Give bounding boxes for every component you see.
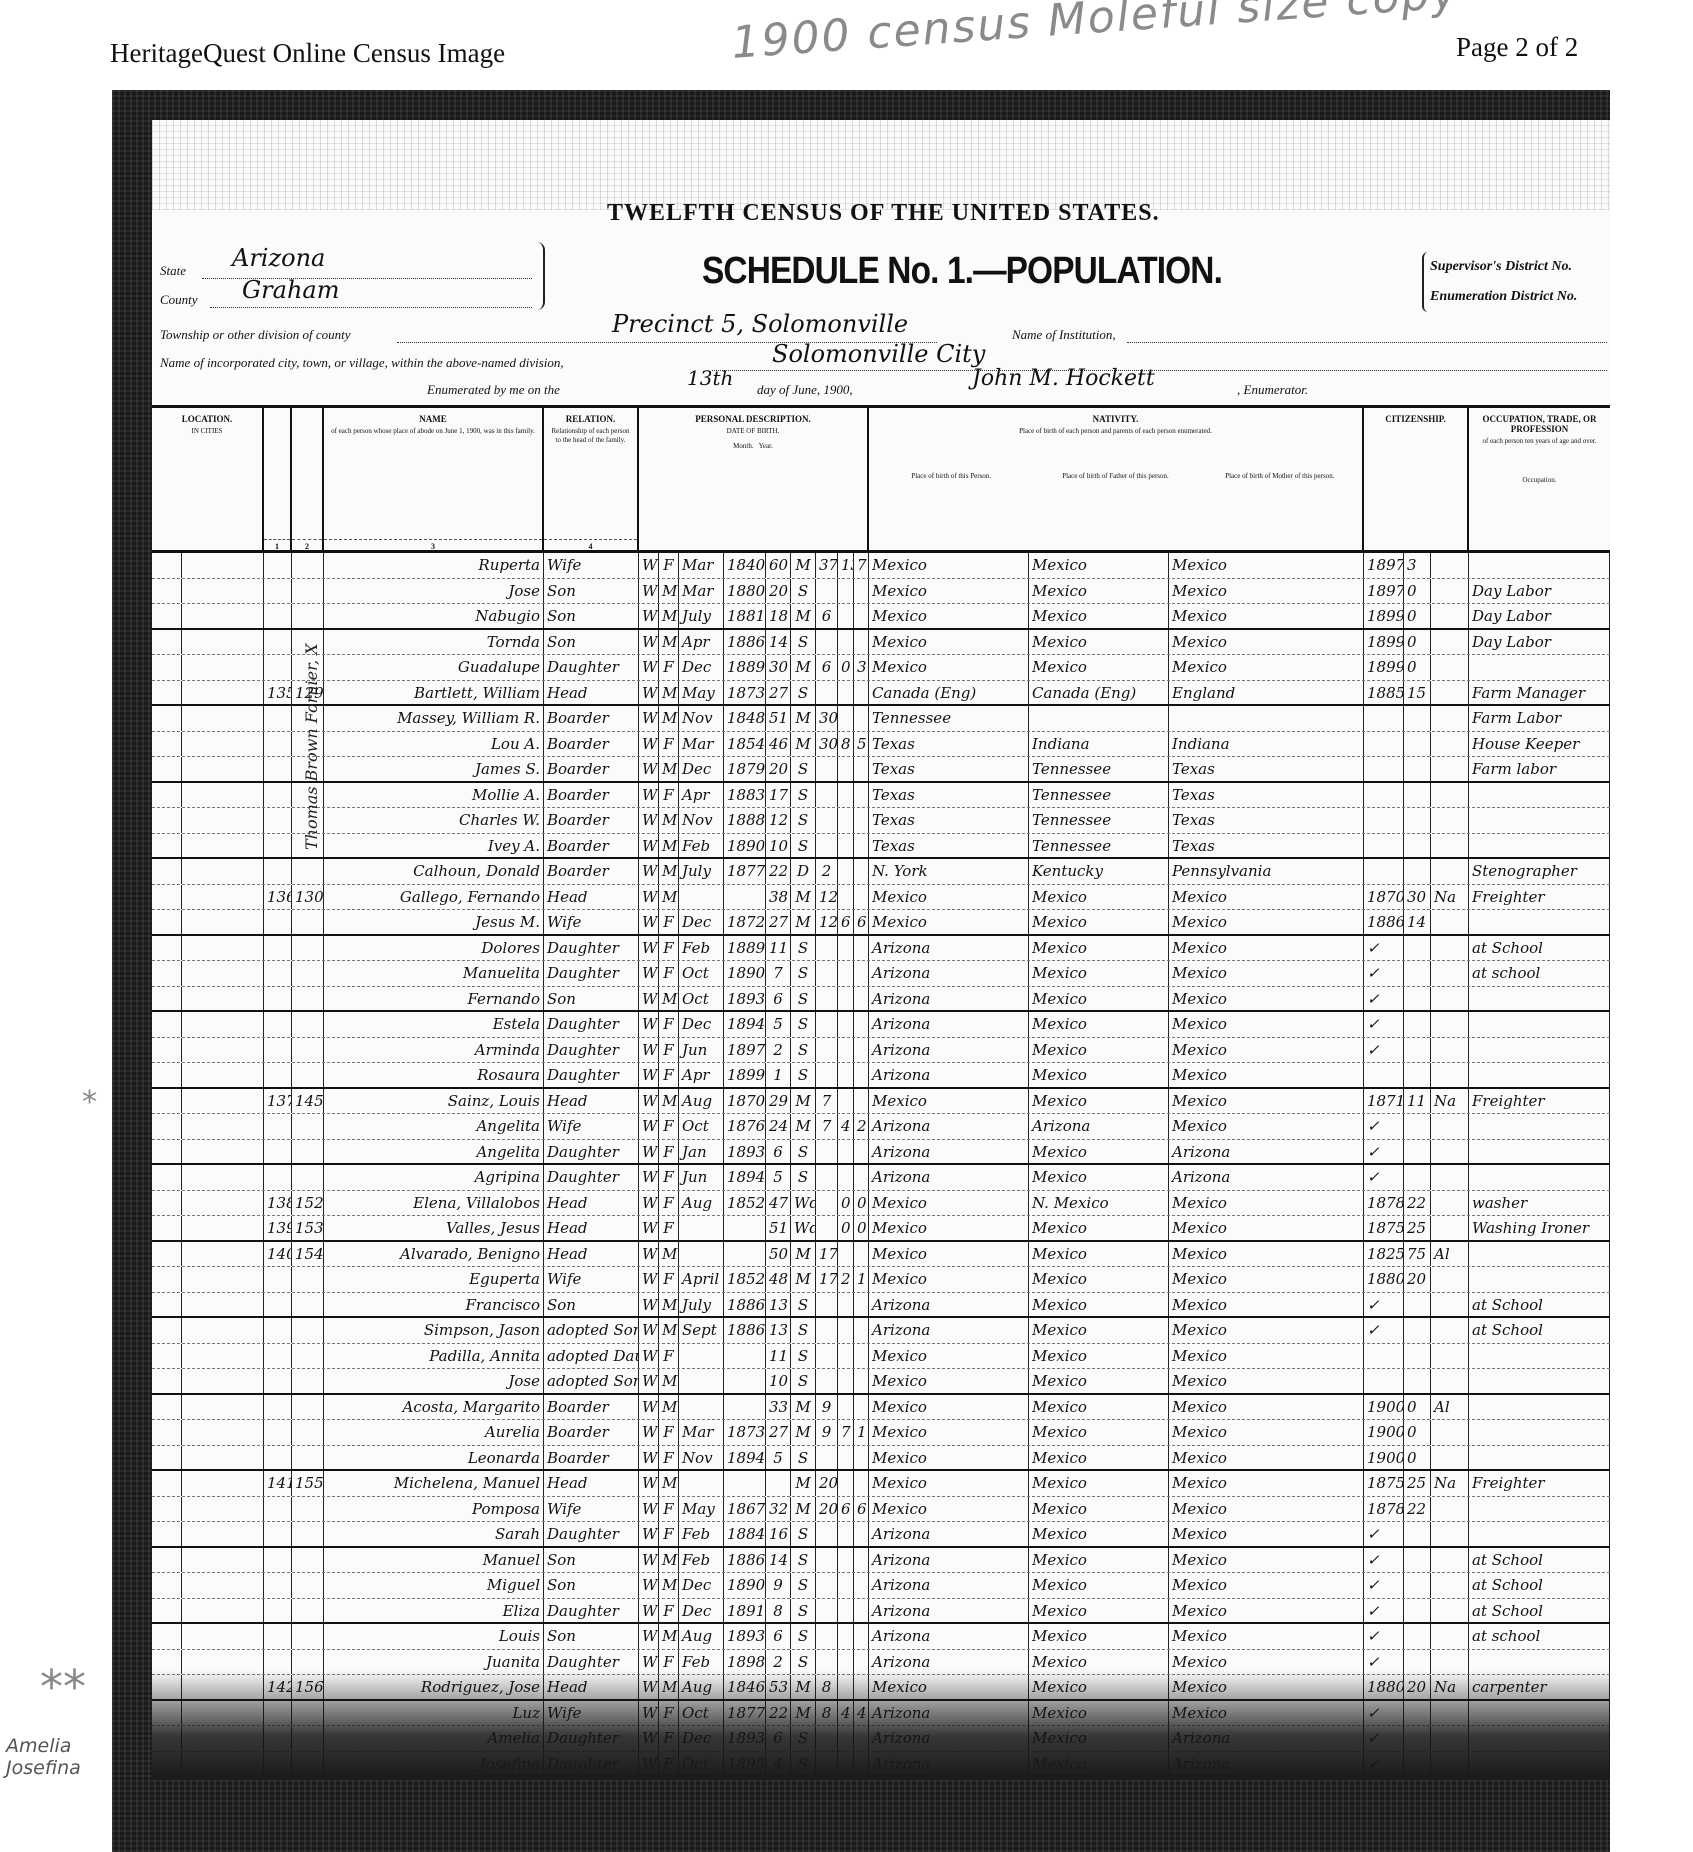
- cell-age: 51: [766, 706, 791, 731]
- cell-blank2: [182, 1293, 264, 1317]
- cell-sex: F: [659, 1420, 679, 1445]
- cell-birth-person: Mexico: [869, 655, 1029, 680]
- table-row: DoloresDaughterWFFeb188911SArizonaMexico…: [152, 936, 1610, 962]
- cell-age: 46: [766, 732, 791, 757]
- cell-years-married: 30: [816, 732, 838, 757]
- cell-age: 2: [766, 1038, 791, 1063]
- cell-relation: Daughter: [544, 1140, 639, 1164]
- cell-relation: Daughter: [544, 1012, 639, 1037]
- cell-occupation: [1469, 783, 1610, 808]
- cell-blank2: [182, 1318, 264, 1343]
- cell-age: 10: [766, 834, 791, 858]
- cell-age: 20: [766, 579, 791, 604]
- cell-color: W: [639, 655, 659, 680]
- cell-occupation: [1469, 1446, 1610, 1470]
- cell-age: 5: [766, 1165, 791, 1190]
- cell-marital: S: [791, 1165, 816, 1190]
- cell-years-us: 3: [1404, 553, 1431, 578]
- cell-birth-person: Arizona: [869, 1548, 1029, 1573]
- cell-immig: [1364, 1063, 1404, 1087]
- cell-occupation: [1469, 987, 1610, 1011]
- cell-occupation: House Keeper: [1469, 732, 1610, 757]
- cell-immig: ✓: [1364, 1165, 1404, 1190]
- cell-month: [679, 1395, 724, 1420]
- cell-immig: 1897: [1364, 579, 1404, 604]
- cell-children-living: [854, 1395, 869, 1420]
- cell-years-married: [816, 757, 838, 781]
- population-table: LOCATION.IN CITIES 1 2 NAMEof each perso…: [152, 405, 1610, 1780]
- cell-birth-father: Mexico: [1029, 1012, 1169, 1037]
- name-cell: Jose: [324, 1369, 544, 1393]
- cell-color: W: [639, 1522, 659, 1546]
- cell-birth-person: Mexico: [869, 630, 1029, 655]
- cell-children-born: [838, 1548, 854, 1573]
- cell-years-married: 30: [816, 706, 838, 731]
- name-cell: Ivey A.: [324, 834, 544, 858]
- col-location: LOCATION.IN CITIES: [152, 408, 264, 553]
- cell-age: 14: [766, 630, 791, 655]
- cell-blank2: [182, 1114, 264, 1139]
- cell-birth-mother: Mexico: [1169, 885, 1364, 910]
- cell-family: [292, 1446, 324, 1470]
- cell-natz: [1431, 1267, 1469, 1292]
- name-cell: Francisco: [324, 1293, 544, 1317]
- cell-birth-father: Arizona: [1029, 1114, 1169, 1139]
- enumerator-label: , Enumerator.: [1237, 382, 1308, 398]
- cell-blank2: [182, 961, 264, 986]
- cell-immig: ✓: [1364, 987, 1404, 1011]
- cell-years-married: 6: [816, 604, 838, 628]
- cell-years-married: [816, 1573, 838, 1598]
- cell-color: W: [639, 1038, 659, 1063]
- cell-years-married: [816, 808, 838, 833]
- cell-relation: Head: [544, 681, 639, 705]
- cell-age: 50: [766, 1242, 791, 1267]
- cell-family: [292, 1165, 324, 1190]
- cell-birth-father: Mexico: [1029, 910, 1169, 934]
- col-occupation: OCCUPATION, TRADE, OR PROFESSIONof each …: [1469, 408, 1610, 553]
- cell-immig: 1900: [1364, 1446, 1404, 1470]
- township-label: Township or other division of county: [160, 327, 351, 343]
- cell-month: Dec: [679, 1599, 724, 1623]
- cell-color: W: [639, 783, 659, 808]
- cell-birth-person: Tennessee: [869, 706, 1029, 731]
- cell-natz: [1431, 1293, 1469, 1317]
- cell-color: W: [639, 834, 659, 858]
- table-row: TorndaSonWMApr188614SMexicoMexicoMexico1…: [152, 630, 1610, 656]
- cell-relation: adopted Son: [544, 1369, 639, 1393]
- table-row: EstelaDaughterWFDec18945SArizonaMexicoMe…: [152, 1012, 1610, 1038]
- table-row: AngelitaWifeWFOct187624M742ArizonaArizon…: [152, 1114, 1610, 1140]
- county-line: [210, 307, 532, 308]
- cell-children-born: 4: [838, 1114, 854, 1139]
- cell-sex: F: [659, 1012, 679, 1037]
- cell-dwelling: 139: [264, 1216, 292, 1240]
- cell-children-living: [854, 961, 869, 986]
- cell-children-living: 7: [854, 553, 869, 578]
- cell-birth-mother: Mexico: [1169, 1114, 1364, 1139]
- cell-blank1: [152, 1114, 182, 1139]
- cell-blank2: [182, 1140, 264, 1164]
- cell-birth-father: [1029, 706, 1169, 731]
- cell-family: [292, 604, 324, 628]
- cell-age: 5: [766, 1012, 791, 1037]
- cell-years-married: [816, 681, 838, 705]
- cell-years-married: 6: [816, 655, 838, 680]
- cell-birth-father: Mexico: [1029, 1140, 1169, 1164]
- cell-birth-mother: Mexico: [1169, 1624, 1364, 1649]
- cell-sex: F: [659, 1191, 679, 1216]
- cell-family: [292, 1114, 324, 1139]
- cell-children-living: 5: [854, 732, 869, 757]
- cell-month: July: [679, 1293, 724, 1317]
- cell-age: 30: [766, 655, 791, 680]
- cell-marital: Wd: [791, 1191, 816, 1216]
- cell-occupation: [1469, 910, 1610, 934]
- cell-blank2: [182, 885, 264, 910]
- cell-dwelling: [264, 1522, 292, 1546]
- cell-children-born: 0: [838, 1216, 854, 1240]
- cell-blank2: [182, 1012, 264, 1037]
- cell-occupation: [1469, 1140, 1610, 1164]
- cell-sex: F: [659, 1267, 679, 1292]
- table-row: LeonardaBoarderWFNov18945SMexicoMexicoMe…: [152, 1446, 1610, 1472]
- enumerated-label: Enumerated by me on the: [427, 382, 560, 398]
- cell-years-us: 0: [1404, 1446, 1431, 1470]
- cell-family: [292, 1318, 324, 1343]
- cell-month: Aug: [679, 1624, 724, 1649]
- cell-dwelling: [264, 1548, 292, 1573]
- cell-dwelling: [264, 1267, 292, 1292]
- cell-marital: S: [791, 681, 816, 705]
- cell-age: 10: [766, 1369, 791, 1393]
- cell-years-us: 25: [1404, 1216, 1431, 1240]
- cell-natz: [1431, 732, 1469, 757]
- cell-year: 1881: [724, 604, 766, 628]
- table-row: ManuelitaDaughterWFOct18907SArizonaMexic…: [152, 961, 1610, 987]
- cell-dwelling: [264, 1497, 292, 1522]
- cell-year: 1889: [724, 936, 766, 961]
- cell-color: W: [639, 1012, 659, 1037]
- cell-immig: [1364, 783, 1404, 808]
- cell-children-born: [838, 1369, 854, 1393]
- cell-blank1: [152, 1216, 182, 1240]
- cell-children-born: [838, 1012, 854, 1037]
- table-row: 135129Bartlett, WilliamHeadWMMay187327SC…: [152, 681, 1610, 707]
- table-row: Simpson, Jasonadopted SonWMSept188613SAr…: [152, 1318, 1610, 1344]
- cell-birth-mother: Mexico: [1169, 1012, 1364, 1037]
- cell-years-married: [816, 936, 838, 961]
- cell-years-married: [816, 1522, 838, 1546]
- cell-month: Oct: [679, 987, 724, 1011]
- cell-age: 11: [766, 1344, 791, 1369]
- cell-birth-father: Mexico: [1029, 961, 1169, 986]
- cell-occupation: Farm Labor: [1469, 706, 1610, 731]
- cell-occupation: [1469, 1420, 1610, 1445]
- cell-family: [292, 910, 324, 934]
- cell-relation: Boarder: [544, 783, 639, 808]
- cell-relation: Head: [544, 1216, 639, 1240]
- cell-sex: F: [659, 783, 679, 808]
- cell-marital: S: [791, 1293, 816, 1317]
- cell-immig: ✓: [1364, 1624, 1404, 1649]
- cell-blank1: [152, 987, 182, 1011]
- cell-years-married: 12: [816, 910, 838, 934]
- cell-birth-person: Mexico: [869, 910, 1029, 934]
- name-cell: Nabugio: [324, 604, 544, 628]
- cell-blank1: [152, 834, 182, 858]
- cell-blank1: [152, 1395, 182, 1420]
- cell-blank1: [152, 706, 182, 731]
- cell-year: 1893: [724, 1624, 766, 1649]
- cell-children-born: 6: [838, 910, 854, 934]
- cell-children-born: [838, 706, 854, 731]
- cell-years-us: [1404, 1063, 1431, 1087]
- cell-immig: [1364, 859, 1404, 884]
- cell-month: Aug: [679, 1089, 724, 1114]
- cell-years-us: [1404, 1114, 1431, 1139]
- table-row: RosauraDaughterWFApr18991SArizonaMexicoM…: [152, 1063, 1610, 1089]
- cell-family: 130: [292, 885, 324, 910]
- cell-blank1: [152, 1369, 182, 1393]
- cell-sex: M: [659, 1242, 679, 1267]
- cell-occupation: Day Labor: [1469, 604, 1610, 628]
- cell-years-married: [816, 1599, 838, 1623]
- cell-color: W: [639, 1165, 659, 1190]
- cell-sex: F: [659, 655, 679, 680]
- table-row: NabugioSonWMJuly188118M6MexicoMexicoMexi…: [152, 604, 1610, 630]
- cell-month: Apr: [679, 630, 724, 655]
- cell-immig: 1878: [1364, 1497, 1404, 1522]
- cell-birth-father: N. Mexico: [1029, 1191, 1169, 1216]
- cell-relation: Head: [544, 1089, 639, 1114]
- cell-years-us: 30: [1404, 885, 1431, 910]
- cell-color: W: [639, 1063, 659, 1087]
- table-row: GuadalupeDaughterWFDec188930M603MexicoMe…: [152, 655, 1610, 681]
- cell-natz: [1431, 910, 1469, 934]
- cell-children-living: [854, 757, 869, 781]
- cell-sex: M: [659, 757, 679, 781]
- cell-color: W: [639, 1089, 659, 1114]
- cell-occupation: [1469, 1267, 1610, 1292]
- cell-sex: F: [659, 1038, 679, 1063]
- cell-birth-mother: Mexico: [1169, 1038, 1364, 1063]
- cell-marital: M: [791, 604, 816, 628]
- cell-blank2: [182, 681, 264, 705]
- cell-birth-mother: Texas: [1169, 757, 1364, 781]
- cell-children-born: [838, 604, 854, 628]
- cell-immig: ✓: [1364, 1318, 1404, 1343]
- cell-blank2: [182, 630, 264, 655]
- name-cell: Gallego, Fernando: [324, 885, 544, 910]
- cell-marital: M: [791, 553, 816, 578]
- table-row: EgupertaWifeWFApril185248M1721MexicoMexi…: [152, 1267, 1610, 1293]
- cell-natz: [1431, 987, 1469, 1011]
- cell-birth-mother: Mexico: [1169, 1369, 1364, 1393]
- cell-natz: [1431, 1165, 1469, 1190]
- cell-natz: [1431, 1446, 1469, 1470]
- cell-blank1: [152, 630, 182, 655]
- cell-birth-mother: Mexico: [1169, 1089, 1364, 1114]
- cell-years-married: 7: [816, 1089, 838, 1114]
- cell-year: 1883: [724, 783, 766, 808]
- cell-family: [292, 1344, 324, 1369]
- cell-family: [292, 961, 324, 986]
- cell-children-born: [838, 1089, 854, 1114]
- cell-dwelling: 141: [264, 1471, 292, 1496]
- cell-natz: [1431, 1624, 1469, 1649]
- cell-blank2: [182, 757, 264, 781]
- cell-birth-mother: Mexico: [1169, 553, 1364, 578]
- cell-blank2: [182, 808, 264, 833]
- cell-years-us: [1404, 732, 1431, 757]
- table-row: AgripinaDaughterWFJun18945SArizonaMexico…: [152, 1165, 1610, 1191]
- cell-marital: D: [791, 859, 816, 884]
- cell-family: [292, 1599, 324, 1623]
- cell-relation: Son: [544, 1624, 639, 1649]
- cell-immig: ✓: [1364, 1293, 1404, 1317]
- cell-birth-mother: Arizona: [1169, 1165, 1364, 1190]
- cell-natz: [1431, 1420, 1469, 1445]
- cell-dwelling: [264, 808, 292, 833]
- cell-birth-person: Texas: [869, 732, 1029, 757]
- cell-years-us: 75: [1404, 1242, 1431, 1267]
- cell-occupation: washer: [1469, 1191, 1610, 1216]
- cell-marital: S: [791, 808, 816, 833]
- cell-dwelling: [264, 655, 292, 680]
- col-nativity: NATIVITY.Place of birth of each person a…: [869, 408, 1364, 553]
- cell-birth-person: Arizona: [869, 1165, 1029, 1190]
- cell-immig: 1885: [1364, 681, 1404, 705]
- cell-age: 32: [766, 1497, 791, 1522]
- cell-age: 60: [766, 553, 791, 578]
- cell-year: 1894: [724, 1446, 766, 1470]
- cell-year: [724, 1216, 766, 1240]
- cell-color: W: [639, 1318, 659, 1343]
- cell-relation: Wife: [544, 1114, 639, 1139]
- cell-month: [679, 1471, 724, 1496]
- cell-birth-father: Mexico: [1029, 630, 1169, 655]
- name-cell: Massey, William R.: [324, 706, 544, 731]
- cell-age: 12: [766, 808, 791, 833]
- table-row: JoseSonWMMar188020SMexicoMexicoMexico189…: [152, 579, 1610, 605]
- name-cell: Acosta, Margarito: [324, 1395, 544, 1420]
- cell-natz: [1431, 859, 1469, 884]
- cell-natz: [1431, 604, 1469, 628]
- cell-month: Aug: [679, 1191, 724, 1216]
- cell-years-married: [816, 1318, 838, 1343]
- cell-birth-mother: England: [1169, 681, 1364, 705]
- cell-family: [292, 987, 324, 1011]
- cell-birth-father: Mexico: [1029, 655, 1169, 680]
- cell-relation: Wife: [544, 1267, 639, 1292]
- cell-birth-person: Texas: [869, 808, 1029, 833]
- table-row: 141155Michelena, ManuelHeadWMM20MexicoMe…: [152, 1471, 1610, 1497]
- cell-immig: [1364, 834, 1404, 858]
- cell-blank2: [182, 1573, 264, 1598]
- cell-dwelling: [264, 732, 292, 757]
- cell-relation: adopted Son: [544, 1318, 639, 1343]
- cell-occupation: Day Labor: [1469, 630, 1610, 655]
- cell-marital: S: [791, 1318, 816, 1343]
- name-cell: Simpson, Jason: [324, 1318, 544, 1343]
- cell-marital: S: [791, 579, 816, 604]
- state-value: Arizona: [232, 244, 325, 272]
- cell-color: W: [639, 1395, 659, 1420]
- cell-blank1: [152, 1522, 182, 1546]
- cell-sex: M: [659, 1293, 679, 1317]
- cell-color: W: [639, 987, 659, 1011]
- cell-birth-mother: Mexico: [1169, 1395, 1364, 1420]
- cell-blank2: [182, 655, 264, 680]
- cell-birth-mother: Mexico: [1169, 1446, 1364, 1470]
- cell-immig: [1364, 1369, 1404, 1393]
- cell-years-us: [1404, 936, 1431, 961]
- cell-birth-father: Mexico: [1029, 1369, 1169, 1393]
- cell-month: May: [679, 681, 724, 705]
- cell-family: [292, 859, 324, 884]
- cell-occupation: [1469, 1114, 1610, 1139]
- cell-relation: Head: [544, 885, 639, 910]
- table-row: 138152Elena, VillalobosHeadWFAug185247Wd…: [152, 1191, 1610, 1217]
- cell-immig: 1900: [1364, 1395, 1404, 1420]
- margin-name-josefina: Josefina: [6, 1757, 81, 1779]
- cell-occupation: [1469, 1038, 1610, 1063]
- cell-marital: S: [791, 1038, 816, 1063]
- cell-occupation: [1469, 553, 1610, 578]
- cell-birth-father: Mexico: [1029, 1420, 1169, 1445]
- cell-family: [292, 1395, 324, 1420]
- cell-year: [724, 885, 766, 910]
- table-row: Charles W.BoarderWMNov188812STexasTennes…: [152, 808, 1610, 834]
- cell-marital: M: [791, 706, 816, 731]
- cell-years-us: [1404, 1038, 1431, 1063]
- cell-year: 1886: [724, 630, 766, 655]
- cell-year: 1873: [724, 681, 766, 705]
- cell-month: May: [679, 1497, 724, 1522]
- cell-blank2: [182, 1395, 264, 1420]
- cell-relation: Wife: [544, 910, 639, 934]
- table-header: LOCATION.IN CITIES 1 2 NAMEof each perso…: [152, 408, 1610, 553]
- cell-children-born: [838, 834, 854, 858]
- cell-years-married: [816, 1140, 838, 1164]
- cell-years-us: [1404, 1599, 1431, 1623]
- cell-blank1: [152, 783, 182, 808]
- cell-years-us: [1404, 1140, 1431, 1164]
- cell-month: Feb: [679, 1522, 724, 1546]
- cell-children-living: [854, 681, 869, 705]
- star-mark-icon: *: [82, 1085, 97, 1120]
- cell-dwelling: [264, 1140, 292, 1164]
- cell-birth-person: Mexico: [869, 1446, 1029, 1470]
- cell-years-us: [1404, 1573, 1431, 1598]
- cell-family: [292, 1140, 324, 1164]
- city-line: [712, 370, 1607, 371]
- cell-sex: F: [659, 936, 679, 961]
- cell-birth-father: Canada (Eng): [1029, 681, 1169, 705]
- cell-birth-mother: Texas: [1169, 783, 1364, 808]
- cell-natz: [1431, 936, 1469, 961]
- cell-birth-mother: Mexico: [1169, 1599, 1364, 1623]
- cell-relation: Boarder: [544, 706, 639, 731]
- cell-blank1: [152, 757, 182, 781]
- cell-dwelling: [264, 1293, 292, 1317]
- cell-birth-father: Mexico: [1029, 1497, 1169, 1522]
- name-cell: Angelita: [324, 1114, 544, 1139]
- cell-occupation: [1469, 1012, 1610, 1037]
- cell-blank1: [152, 579, 182, 604]
- name-cell: Manuelita: [324, 961, 544, 986]
